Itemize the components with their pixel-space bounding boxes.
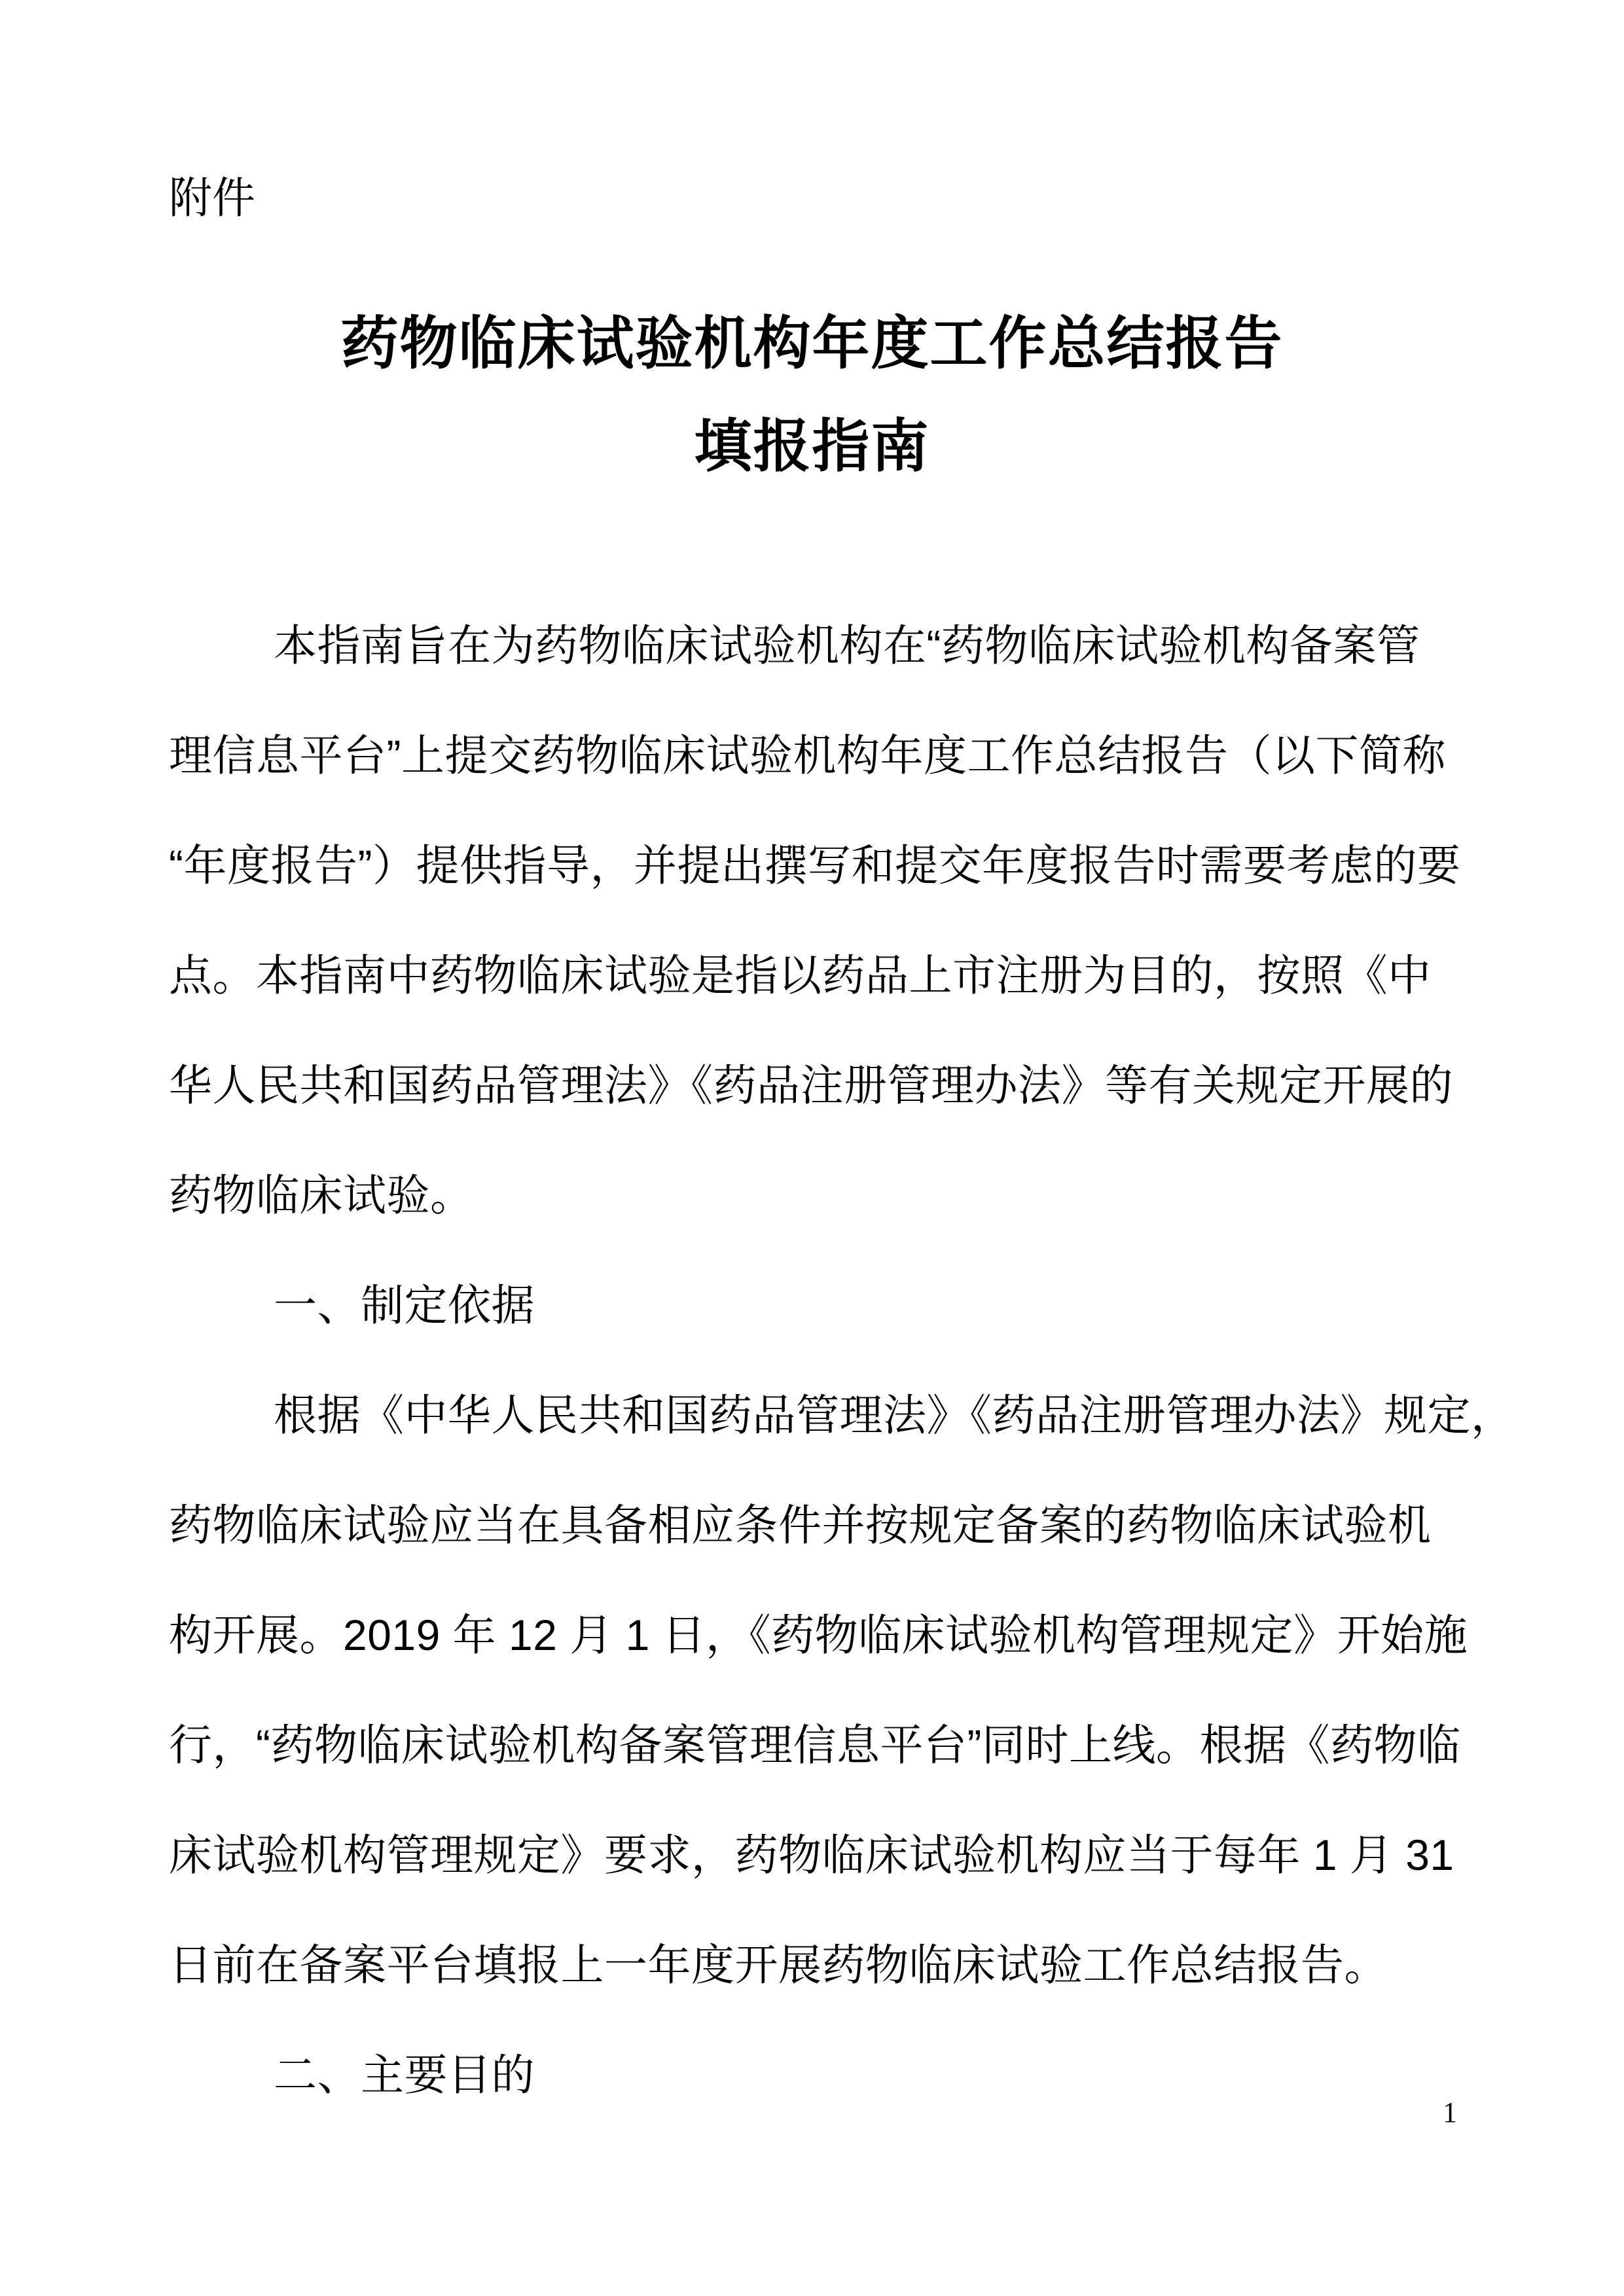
paragraph2-line: 根据《中华人民共和国药品管理法》《药品注册管理办法》规定，: [169, 1360, 1455, 1470]
document-page: 附件 药物临床试验机构年度工作总结报告 填报指南 本指南旨在为药物临床试验机构在…: [0, 0, 1624, 2296]
paragraph2-line: 日前在备案平台填报上一年度开展药物临床试验工作总结报告。: [169, 1910, 1455, 2020]
paragraph1-line: 理信息平台”上提交药物临床试验机构年度工作总结报告（以下简称: [169, 700, 1455, 810]
page-number: 1: [1443, 2096, 1457, 2130]
document-body: 本指南旨在为药物临床试验机构在“药物临床试验机构备案管 理信息平台”上提交药物临…: [169, 590, 1455, 2130]
paragraph1-line: 华人民共和国药品管理法》《药品注册管理办法》等有关规定开展的: [169, 1030, 1455, 1140]
paragraph2-line: 药物临床试验应当在具备相应条件并按规定备案的药物临床试验机: [169, 1470, 1455, 1580]
paragraph2-line: 床试验机构管理规定》要求，药物临床试验机构应当于每年 1 月 31: [169, 1800, 1455, 1910]
document-title-line2: 填报指南: [0, 395, 1624, 497]
paragraph1-line: 点。本指南中药物临床试验是指以药品上市注册为目的，按照《中: [169, 920, 1455, 1030]
paragraph2-line: 行，“药物临床试验机构备案管理信息平台”同时上线。根据《药物临: [169, 1690, 1455, 1800]
paragraph1-line: 本指南旨在为药物临床试验机构在“药物临床试验机构备案管: [169, 590, 1455, 700]
document-title-line1: 药物临床试验机构年度工作总结报告: [0, 292, 1624, 395]
document-title: 药物临床试验机构年度工作总结报告 填报指南: [0, 292, 1624, 497]
attachment-label: 附件: [169, 171, 255, 224]
paragraph2-line: 构开展。2019 年 12 月 1 日，《药物临床试验机构管理规定》开始施: [169, 1580, 1455, 1690]
section-heading-2: 二、主要目的: [169, 2020, 1455, 2130]
paragraph1-line: 药物临床试验。: [169, 1140, 1455, 1250]
paragraph1-line: “年度报告”）提供指导，并提出撰写和提交年度报告时需要考虑的要: [169, 810, 1455, 920]
section-heading-1: 一、制定依据: [169, 1250, 1455, 1360]
